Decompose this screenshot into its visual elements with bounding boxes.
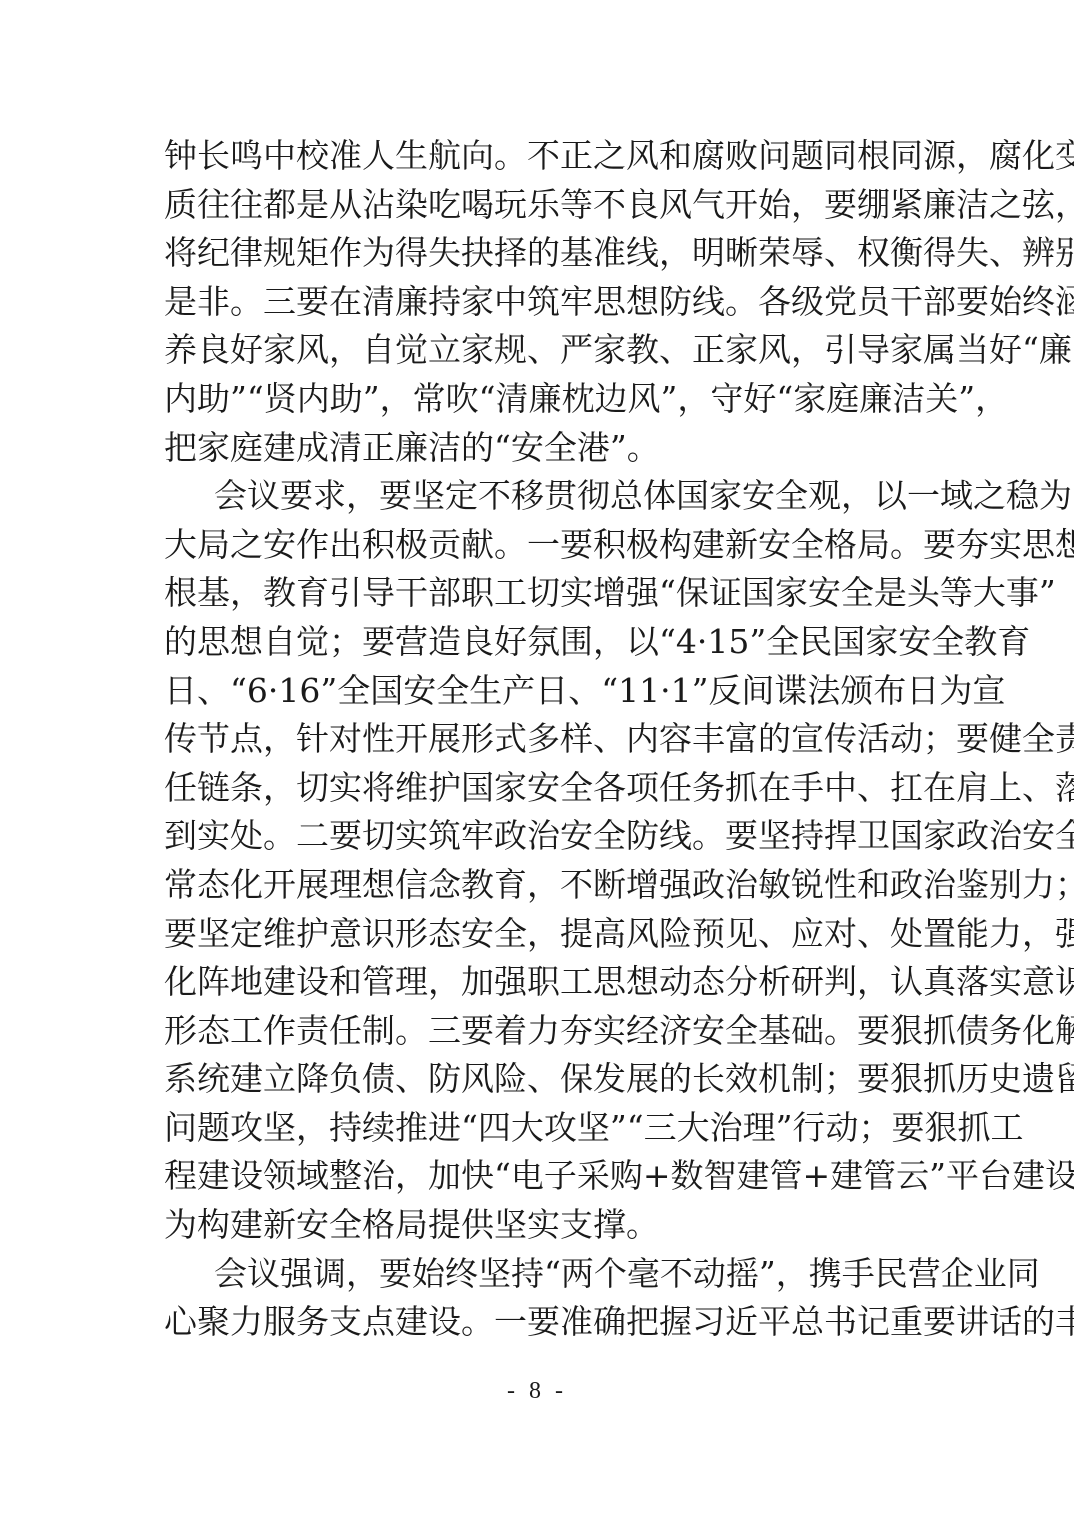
document-body: 钟长鸣中校准人生航向。不正之风和腐败问题同根同源，腐化变 质往往都是从沾染吃喝玩… [164,132,914,1347]
text-line: 钟长鸣中校准人生航向。不正之风和腐败问题同根同源，腐化变 [164,132,914,181]
text-line: 常态化开展理想信念教育，不断增强政治敏锐性和政治鉴别力； [164,861,914,910]
paragraph-3: 会议强调，要始终坚持“两个毫不动摇”，携手民营企业同 心聚力服务支点建设。一要准… [164,1250,914,1347]
text-line: 是非。三要在清廉持家中筑牢思想防线。各级党员干部要始终涵 [164,278,914,327]
text-line: 为构建新安全格局提供坚实支撑。 [164,1201,914,1250]
text-line: 传节点，针对性开展形式多样、内容丰富的宣传活动；要健全责 [164,715,914,764]
text-line: 问题攻坚，持续推进“四大攻坚”“三大治理”行动；要狠抓工 [164,1104,914,1153]
text-line: 根基，教育引导干部职工切实增强“保证国家安全是头等大事” [164,569,914,618]
paragraph-2: 会议要求，要坚定不移贯彻总体国家安全观，以一域之稳为 大局之安作出积极贡献。一要… [164,472,914,1250]
text-line: 到实处。二要切实筑牢政治安全防线。要坚持捍卫国家政治安全， [164,812,914,861]
paragraph-1: 钟长鸣中校准人生航向。不正之风和腐败问题同根同源，腐化变 质往往都是从沾染吃喝玩… [164,132,914,472]
text-line: 任链条，切实将维护国家安全各项任务抓在手中、扛在肩上、落 [164,764,914,813]
text-line: 内助”“贤内助”，常吹“清廉枕边风”，守好“家庭廉洁关”， [164,375,914,424]
text-line: 将纪律规矩作为得失抉择的基准线，明晰荣辱、权衡得失、辨别 [164,229,914,278]
text-line: 系统建立降负债、防风险、保发展的长效机制；要狠抓历史遗留 [164,1055,914,1104]
text-line: 程建设领域整治，加快“电子采购+数智建管+建管云”平台建设， [164,1152,914,1201]
document-page: 钟长鸣中校准人生航向。不正之风和腐败问题同根同源，腐化变 质往往都是从沾染吃喝玩… [0,0,1074,1520]
page-number: - 8 - [0,1378,1074,1405]
text-line: 会议强调，要始终坚持“两个毫不动摇”，携手民营企业同 [164,1250,914,1299]
text-line: 质往往都是从沾染吃喝玩乐等不良风气开始，要绷紧廉洁之弦， [164,181,914,230]
text-line: 形态工作责任制。三要着力夯实经济安全基础。要狠抓债务化解， [164,1007,914,1056]
text-line: 心聚力服务支点建设。一要准确把握习近平总书记重要讲话的丰 [164,1298,914,1347]
text-line: 会议要求，要坚定不移贯彻总体国家安全观，以一域之稳为 [164,472,914,521]
text-line: 大局之安作出积极贡献。一要积极构建新安全格局。要夯实思想 [164,521,914,570]
text-line: 的思想自觉；要营造良好氛围，以“4·15”全民国家安全教育 [164,618,914,667]
text-line: 要坚定维护意识形态安全，提高风险预见、应对、处置能力，强 [164,910,914,959]
text-line: 把家庭建成清正廉洁的“安全港”。 [164,424,914,473]
text-line: 化阵地建设和管理，加强职工思想动态分析研判，认真落实意识 [164,958,914,1007]
text-line: 日、“6·16”全国安全生产日、“11·1”反间谍法颁布日为宣 [164,667,914,716]
text-line: 养良好家风，自觉立家规、严家教、正家风，引导家属当好“廉 [164,326,914,375]
